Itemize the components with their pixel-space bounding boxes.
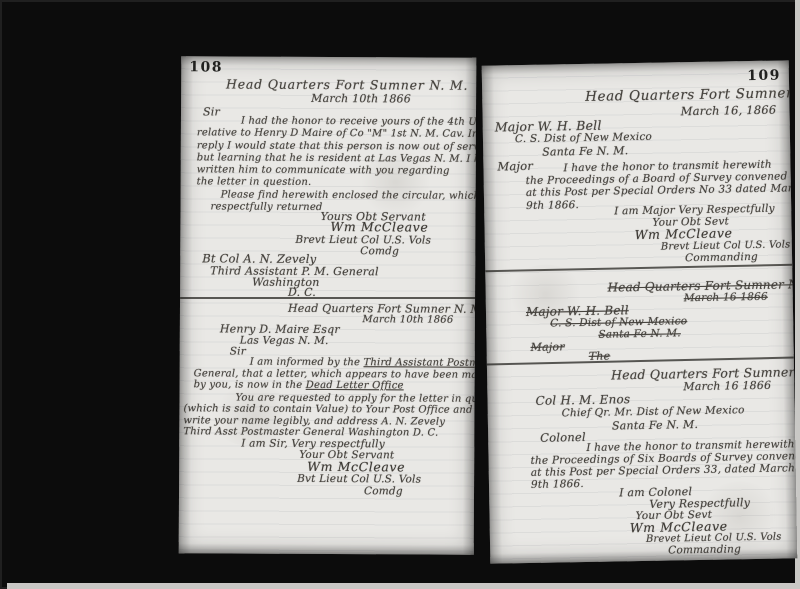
addressee-line: Santa Fe N. M. [542, 144, 628, 159]
letter-heading-date: March 10th 1866 [286, 92, 436, 106]
letter-body: I had the honor to receive yours of the … [197, 115, 471, 190]
body-text: I am informed by the [250, 357, 364, 369]
letter-heading-date: March 16 1866 [683, 379, 771, 394]
section-divider [487, 357, 794, 365]
underlined-text: Dead Letter Office [306, 380, 404, 392]
page-number-right: 109 [747, 67, 781, 84]
struck-addressee-line: Santa Fe N. M. [598, 327, 681, 340]
letter-heading-place: Head Quarters Fort Sumner N. M. [223, 76, 471, 92]
addressee-line: Santa Fe N. M. [612, 418, 698, 433]
letter-heading-date: March 16, 1866 [672, 102, 784, 118]
signature-role: Commanding [668, 543, 741, 556]
signature-role: Comdg [360, 245, 399, 257]
struck-heading-date: March 16 1866 [684, 291, 768, 304]
signature: Wm McCleave [635, 225, 733, 242]
letter-heading-date: March 10th 1866 [348, 314, 468, 326]
addressee-line: Chief Qr. Mr. Dist of New Mexico [562, 404, 745, 419]
signature: Wm McCleave [330, 219, 428, 235]
letter-body: You are requested to apply for the lette… [183, 392, 471, 439]
signature-rank: Bvt Lieut Col U.S. Vols [297, 473, 421, 486]
signature-role: Commanding [685, 251, 758, 264]
scanned-page-right: 109 Head Quarters Fort Sumner N. M. Marc… [482, 60, 798, 563]
body-text: by you, is now in the [194, 379, 306, 391]
addressee-line: Las Vegas N. M. [240, 335, 329, 347]
signature-role: Comdg [364, 485, 403, 497]
scanner-edge-bottom [7, 583, 800, 589]
section-divider [485, 264, 792, 272]
addressee-line: C. S. Dist of New Mexico [515, 131, 652, 145]
handwritten-line: the letter in question. [197, 177, 471, 191]
page-number-left: 108 [189, 59, 223, 75]
section-divider [180, 297, 475, 299]
scanned-record-book: { "colors": { "background": "#0c0c0c", "… [0, 0, 800, 589]
scanned-page-left: 108 Head Quarters Fort Sumner N. M. Marc… [179, 56, 477, 555]
struck-salutation: Major [530, 340, 564, 354]
handwritten-line: relative to Henry D Maire of Co "M" 1st … [197, 128, 471, 142]
handwritten-line: by you, is now in the Dead Letter Office [194, 379, 472, 392]
underlined-text: Third Assistant Postmaster [364, 357, 477, 369]
letter-body: I am informed by the Third Assistant Pos… [194, 356, 472, 392]
letter-body: I have the honor to transmit herewith th… [530, 438, 793, 491]
